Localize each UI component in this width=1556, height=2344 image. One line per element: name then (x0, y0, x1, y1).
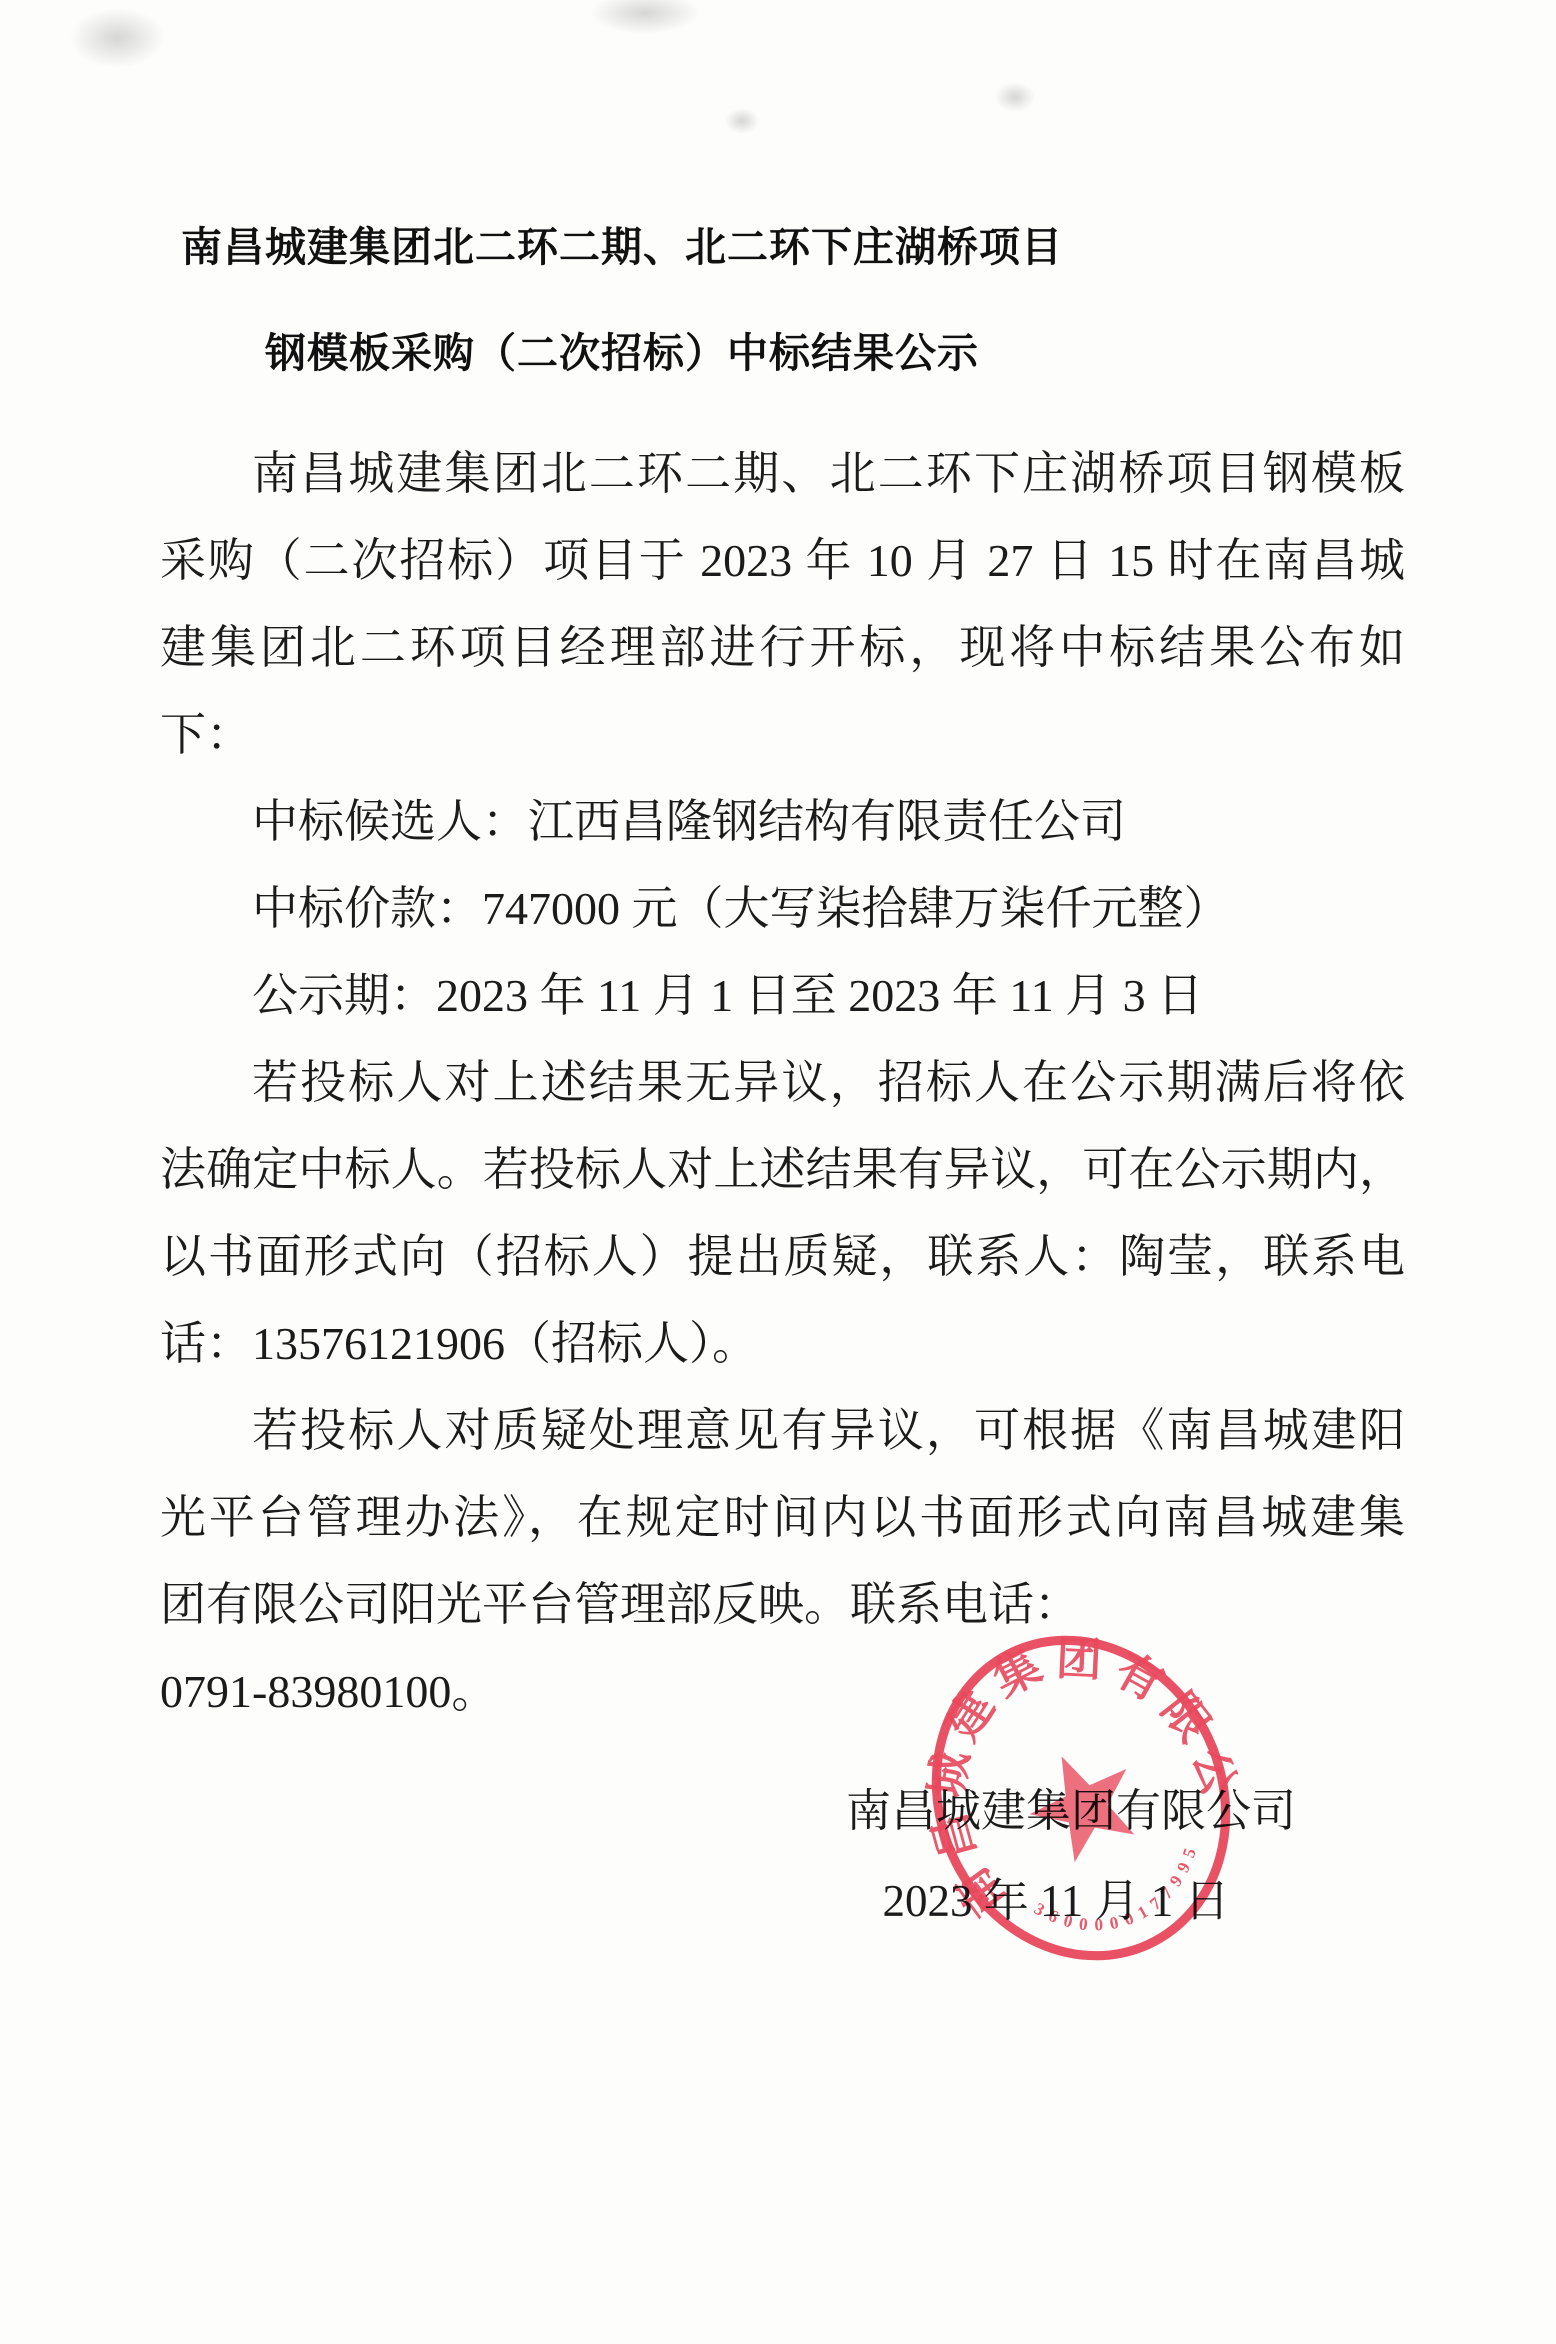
body-line: 建集团北二环项目经理部进行开标，现将中标结果公布如 (160, 604, 1405, 691)
document-title: 南昌城建集团北二环二期、北二环下庄湖桥项目 钢模板采购（二次招标）中标结果公示 (160, 180, 1084, 406)
document-body: 南昌城建集团北二环二期、北二环下庄湖桥项目 钢模板采购（二次招标）中标结果公示 … (160, 180, 1405, 1735)
body-line: 团有限公司阳光平台管理部反映。联系电话： (160, 1561, 1405, 1648)
scan-artifact (995, 82, 1035, 112)
body-line: 下： (160, 691, 1405, 778)
scan-artifact (725, 108, 759, 134)
scan-artifact (70, 8, 165, 68)
body-line: 法确定中标人。若投标人对上述结果有异议，可在公示期内， (160, 1126, 1405, 1213)
body-line: 话：13576121906（招标人）。 (160, 1300, 1405, 1387)
svg-text:3600000177995: 3600000177995 (1026, 1829, 1217, 1964)
seal-star-icon (1013, 1734, 1153, 1871)
seal-serial-number: 3600000177995 (1026, 1829, 1217, 1964)
document-title-line-2: 钢模板采购（二次招标）中标结果公示 (160, 300, 1084, 406)
body-line: 若投标人对质疑处理意见有异议，可根据《南昌城建阳 (160, 1387, 1405, 1474)
body-line: 中标候选人：江西昌隆钢结构有限责任公司 (160, 778, 1405, 865)
body-line: 0791-83980100。 (160, 1648, 1405, 1735)
document-title-line-1: 南昌城建集团北二环二期、北二环下庄湖桥项目 (160, 194, 1084, 300)
body-line: 采购（二次招标）项目于 2023 年 10 月 27 日 15 时在南昌城 (160, 517, 1405, 604)
body-line: 以书面形式向（招标人）提出质疑，联系人：陶莹，联系电 (160, 1213, 1405, 1300)
body-line: 公示期：2023 年 11 月 1 日至 2023 年 11 月 3 日 (160, 952, 1405, 1039)
body-line: 若投标人对上述结果无异议，招标人在公示期满后将依 (160, 1039, 1405, 1126)
body-line: 中标价款：747000 元（大写柒拾肆万柒仟元整） (160, 865, 1405, 952)
body-line: 南昌城建集团北二环二期、北二环下庄湖桥项目钢模板 (160, 430, 1405, 517)
scan-artifact (590, 0, 700, 34)
body-line: 光平台管理办法》，在规定时间内以书面形式向南昌城建集 (160, 1474, 1405, 1561)
document-page: 南昌城建集团北二环二期、北二环下庄湖桥项目 钢模板采购（二次招标）中标结果公示 … (0, 0, 1556, 2344)
